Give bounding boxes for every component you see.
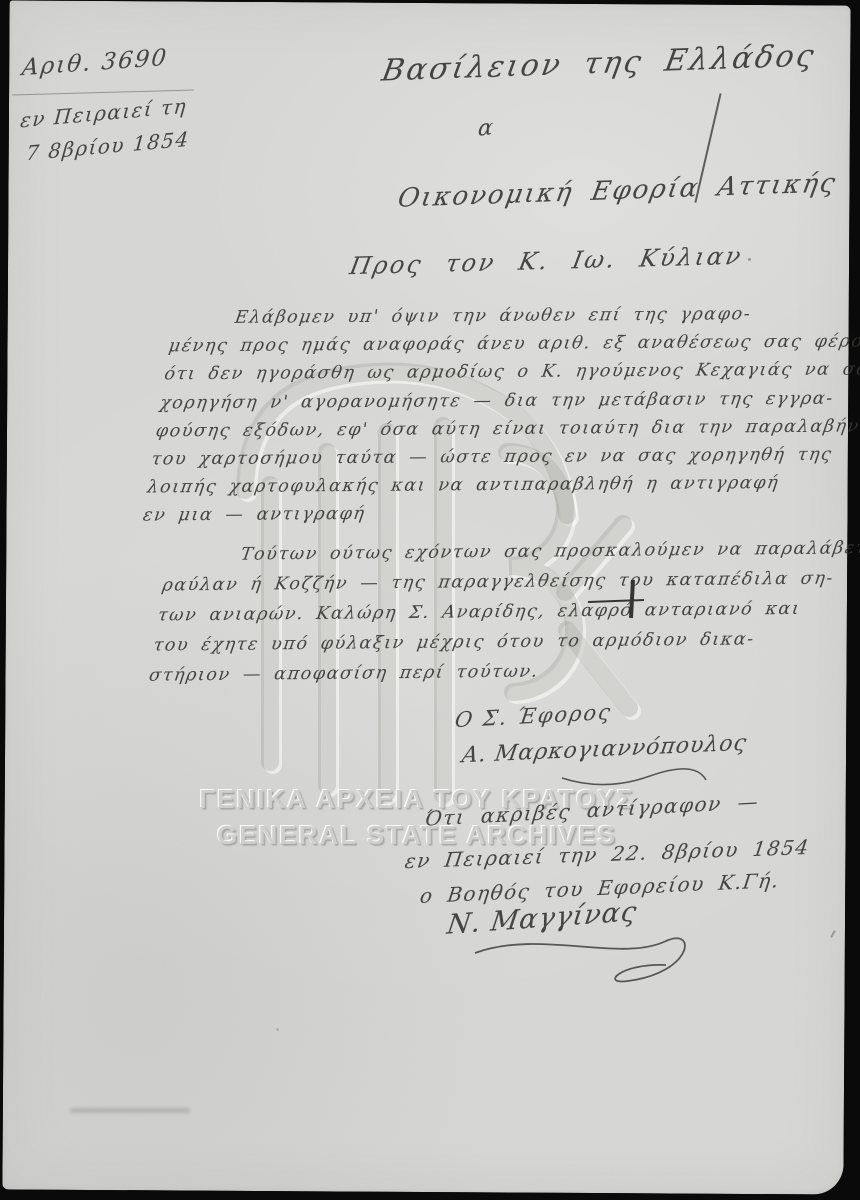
body-paragraph-2: Τούτων ούτως εχόντων σας προσκαλούμεν να…: [147, 533, 859, 690]
handwritten-line: ότι δεν ηγοράσθη ως αρμοδίως ο Κ. ηγούμε…: [162, 356, 856, 389]
letterhead-mark: α: [477, 115, 494, 142]
handwritten-line: εν μια — αντιγραφή: [141, 497, 835, 530]
paper-speck: [276, 1028, 279, 1031]
body-paragraph-1: Ελάβομεν υπ' όψιν την άνωθεν επί της γρα…: [141, 299, 860, 530]
paper-smudge: [70, 1108, 190, 1113]
handwritten-line: χορηγήση ν' αγορανομήσητε — δια την μετά…: [158, 384, 852, 417]
paper-speck: [748, 258, 751, 261]
scanned-document-page: ΓΕΝΙΚΑ ΑΡΧΕΙΑ ΤΟΥ ΚΡΑΤΟΥΣ GENERAL STATE …: [0, 0, 860, 1200]
handwritten-line: λοιπής χαρτοφυλακής και να αντιπαραβληθή…: [145, 469, 839, 502]
